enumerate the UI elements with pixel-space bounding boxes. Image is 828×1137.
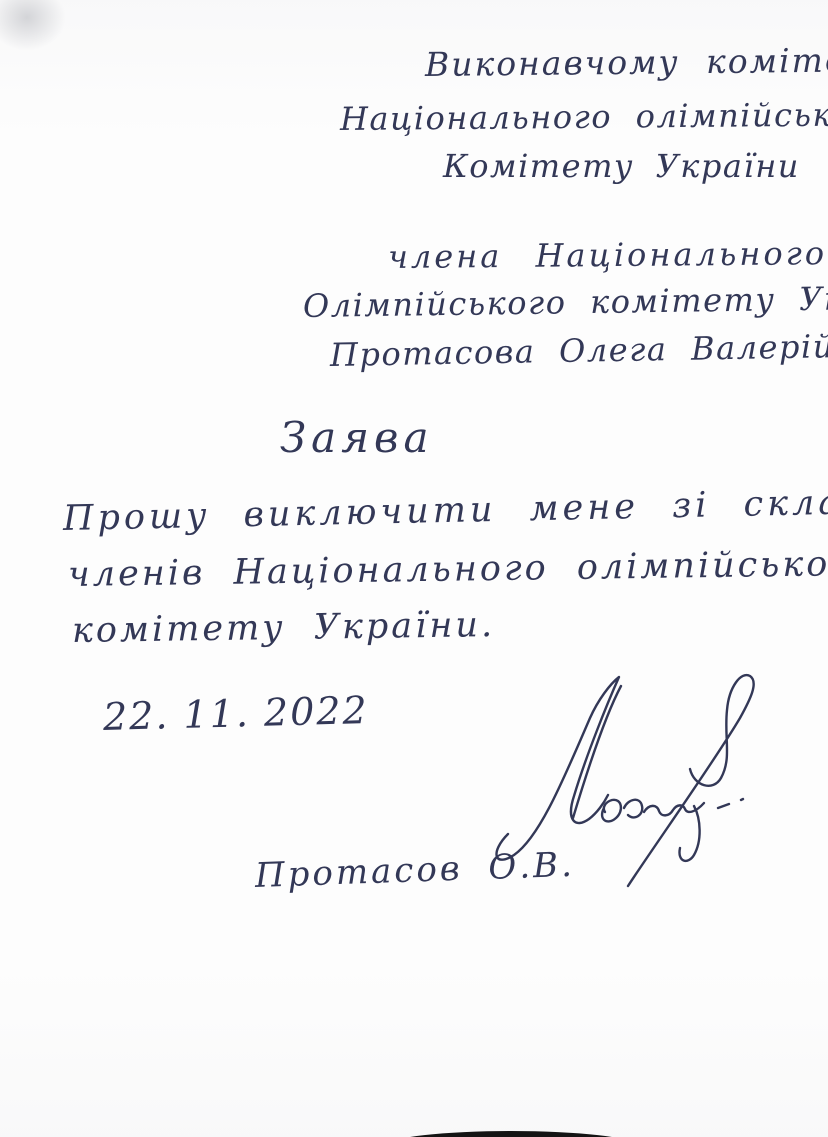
scan-edge-artifact [388,1131,634,1137]
addressee-line-2: Національного олімпійського [340,97,828,137]
date: 22. 11. 2022 [102,690,369,739]
addressee-line-1: Виконавчому комітету [425,42,828,83]
applicant-line-3: Протасова Олега Валерійовича [330,327,828,373]
signatory-name: Протасов О.В. [254,847,575,896]
body-line-1: Прошу виключити мене зі складу [63,483,828,539]
addressee-line-3: Комітету України [443,149,800,184]
statement-title: Заява [280,415,434,461]
applicant-line-2: Олімпійського комітету України [303,280,828,324]
handwritten-statement-scan: Виконавчому комітету Національного олімп… [0,0,828,1137]
scan-smudge-top-left [0,0,82,65]
applicant-line-1: члена Національного [388,236,827,275]
body-line-3: комітету України. [72,606,496,650]
body-line-2: членів Національного олімпійського [68,545,828,595]
